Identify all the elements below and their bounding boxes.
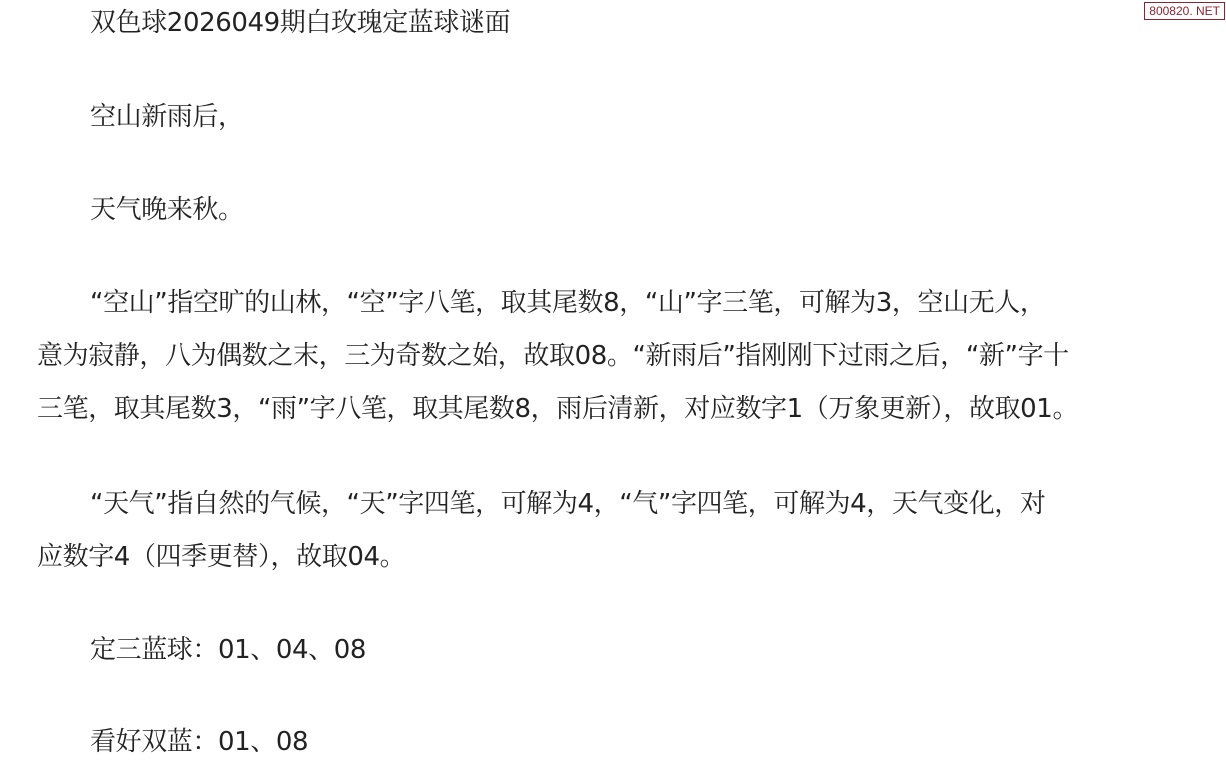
analysis-1-line-3: 三笔，取其尾数3，“雨”字八笔，取其尾数8，雨后清新，对应数字1（万象更新），故… [37, 383, 1187, 436]
pick-two-blue: 看好双蓝：01、08 [37, 716, 1187, 769]
poem-line-2: 天气晚来秋。 [37, 184, 1187, 237]
analysis-2-line-1: “天气”指自然的气候，“天”字四笔，可解为4，“气”字四笔，可解为4，天气变化，… [37, 478, 1187, 531]
analysis-2-line-2: 应数字4（四季更替），故取04。 [37, 531, 1187, 584]
pick-three-blue: 定三蓝球：01、04、08 [37, 624, 1187, 677]
analysis-paragraph-1: “空山”指空旷的山林，“空”字八笔，取其尾数8，“山”字三笔，可解为3，空山无人… [37, 277, 1187, 436]
analysis-1-line-1: “空山”指空旷的山林，“空”字八笔，取其尾数8，“山”字三笔，可解为3，空山无人… [37, 277, 1187, 330]
analysis-paragraph-2: “天气”指自然的气候，“天”字四笔，可解为4，“气”字四笔，可解为4，天气变化，… [37, 478, 1187, 584]
article-title: 双色球2026049期白玫瑰定蓝球谜面 [37, 0, 1187, 50]
poem-line-1: 空山新雨后， [37, 91, 1187, 144]
analysis-1-line-2: 意为寂静，八为偶数之末，三为奇数之始，故取08。“新雨后”指刚刚下过雨之后，“新… [37, 330, 1187, 383]
